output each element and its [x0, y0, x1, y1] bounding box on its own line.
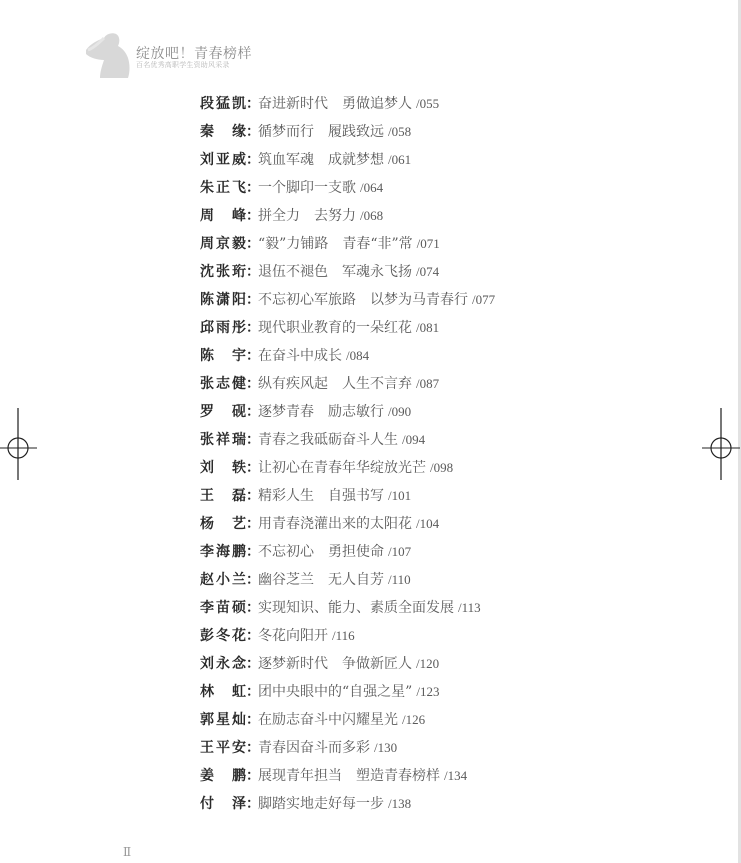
- toc-author: 张祥瑞: [200, 430, 246, 450]
- toc-author: 罗砚: [200, 402, 246, 422]
- toc-title: 不忘初心 勇担使命: [258, 542, 384, 562]
- toc-author: 王平安: [200, 738, 246, 758]
- toc-title: 一个脚印一支歌: [258, 178, 356, 198]
- toc-author: 彭冬花: [200, 626, 246, 646]
- toc-author: 沈张珩: [200, 262, 246, 282]
- toc-page-number: /107: [388, 542, 411, 562]
- toc-entry[interactable]: 刘亚威：筑血军魂 成就梦想/061: [200, 150, 495, 178]
- toc-entry[interactable]: 林虹：团中央眼中的“自强之星”/123: [200, 682, 495, 710]
- toc-page-number: /077: [472, 290, 495, 310]
- toc-author: 朱正飞: [200, 178, 246, 198]
- toc-title: 青春因奋斗而多彩: [258, 738, 370, 758]
- toc-author: 姜鹏: [200, 766, 246, 786]
- registration-mark-icon: [700, 404, 740, 484]
- toc-title: 循梦而行 履践致远: [258, 122, 384, 142]
- toc-entry[interactable]: 邱雨彤：现代职业教育的一朵红花/081: [200, 318, 495, 346]
- toc-author: 周峰: [200, 206, 246, 226]
- toc-page-number: /090: [388, 402, 411, 422]
- toc-author: 李海鹏: [200, 542, 246, 562]
- toc-author: 段猛凯: [200, 94, 246, 114]
- toc-entry[interactable]: 段猛凯：奋进新时代 勇做追梦人/055: [200, 94, 495, 122]
- toc-title: “毅”力铺路 青春“非”常: [258, 234, 413, 254]
- toc-page-number: /094: [402, 430, 425, 450]
- table-of-contents: 段猛凯：奋进新时代 勇做追梦人/055 秦缘：循梦而行 履践致远/058 刘亚威…: [200, 94, 495, 822]
- toc-entry[interactable]: 陈宇：在奋斗中成长/084: [200, 346, 495, 374]
- toc-title: 团中央眼中的“自强之星”: [258, 682, 412, 702]
- saluting-figure-icon: [82, 30, 137, 78]
- toc-title: 精彩人生 自强书写: [258, 486, 384, 506]
- page-number: Ⅱ: [123, 845, 131, 860]
- toc-author: 邱雨彤: [200, 318, 246, 338]
- toc-entry[interactable]: 李海鹏：不忘初心 勇担使命/107: [200, 542, 495, 570]
- toc-entry[interactable]: 李苗硕：实现知识、能力、素质全面发展/113: [200, 598, 495, 626]
- toc-entry[interactable]: 彭冬花：冬花向阳开/116: [200, 626, 495, 654]
- toc-page-number: /138: [388, 794, 411, 814]
- toc-author: 秦缘: [200, 122, 246, 142]
- toc-title: 展现青年担当 塑造青春榜样: [258, 766, 440, 786]
- toc-entry[interactable]: 朱正飞：一个脚印一支歌/064: [200, 178, 495, 206]
- toc-title: 纵有疾风起 人生不言弃: [258, 374, 412, 394]
- toc-author: 李苗硕: [200, 598, 246, 618]
- toc-page-number: /055: [416, 94, 439, 114]
- toc-page-number: /130: [374, 738, 397, 758]
- toc-page-number: /113: [458, 598, 481, 618]
- toc-entry[interactable]: 张志健：纵有疾风起 人生不言弃/087: [200, 374, 495, 402]
- toc-author: 刘轶: [200, 458, 246, 478]
- toc-page-number: /064: [360, 178, 383, 198]
- toc-page-number: /081: [416, 318, 439, 338]
- toc-title: 现代职业教育的一朵红花: [258, 318, 412, 338]
- toc-title: 奋进新时代 勇做追梦人: [258, 94, 412, 114]
- toc-author: 周京毅: [200, 234, 246, 254]
- toc-page-number: /101: [388, 486, 411, 506]
- toc-author: 杨艺: [200, 514, 246, 534]
- toc-title: 筑血军魂 成就梦想: [258, 150, 384, 170]
- toc-title: 逐梦青春 励志敏行: [258, 402, 384, 422]
- toc-author: 陈宇: [200, 346, 246, 366]
- toc-entry[interactable]: 赵小兰：幽谷芝兰 无人自芳/110: [200, 570, 495, 598]
- toc-author: 刘亚威: [200, 150, 246, 170]
- toc-entry[interactable]: 周京毅：“毅”力铺路 青春“非”常/071: [200, 234, 495, 262]
- toc-author: 刘永念: [200, 654, 246, 674]
- toc-title: 幽谷芝兰 无人自芳: [258, 570, 384, 590]
- toc-page-number: /084: [346, 346, 369, 366]
- toc-entry[interactable]: 郭星灿：在励志奋斗中闪耀星光/126: [200, 710, 495, 738]
- toc-entry[interactable]: 张祥瑞：青春之我砥砺奋斗人生/094: [200, 430, 495, 458]
- toc-page-number: /104: [416, 514, 439, 534]
- toc-page-number: /058: [388, 122, 411, 142]
- toc-page-number: /110: [388, 570, 411, 590]
- toc-title: 脚踏实地走好每一步: [258, 794, 384, 814]
- toc-author: 张志健: [200, 374, 246, 394]
- toc-entry[interactable]: 付泽：脚踏实地走好每一步/138: [200, 794, 495, 822]
- toc-entry[interactable]: 王磊：精彩人生 自强书写/101: [200, 486, 495, 514]
- toc-author: 郭星灿: [200, 710, 246, 730]
- toc-page-number: /074: [416, 262, 439, 282]
- toc-entry[interactable]: 罗砚：逐梦青春 励志敏行/090: [200, 402, 495, 430]
- toc-entry[interactable]: 陈潇阳：不忘初心军旅路 以梦为马青春行/077: [200, 290, 495, 318]
- toc-page-number: /116: [332, 626, 355, 646]
- toc-entry[interactable]: 王平安：青春因奋斗而多彩/130: [200, 738, 495, 766]
- toc-entry[interactable]: 刘轶：让初心在青春年华绽放光芒/098: [200, 458, 495, 486]
- toc-page-number: /123: [416, 682, 439, 702]
- toc-author: 付泽: [200, 794, 246, 814]
- toc-title: 实现知识、能力、素质全面发展: [258, 598, 454, 618]
- toc-title: 用青春浇灌出来的太阳花: [258, 514, 412, 534]
- toc-page-number: /126: [402, 710, 425, 730]
- toc-page-number: /068: [360, 206, 383, 226]
- toc-entry[interactable]: 沈张珩：退伍不褪色 军魂永飞扬/074: [200, 262, 495, 290]
- toc-title: 青春之我砥砺奋斗人生: [258, 430, 398, 450]
- toc-page-number: /098: [430, 458, 453, 478]
- toc-title: 冬花向阳开: [258, 626, 328, 646]
- toc-entry[interactable]: 姜鹏：展现青年担当 塑造青春榜样/134: [200, 766, 495, 794]
- toc-page-number: /134: [444, 766, 467, 786]
- toc-title: 逐梦新时代 争做新匠人: [258, 654, 412, 674]
- toc-title: 在奋斗中成长: [258, 346, 342, 366]
- toc-entry[interactable]: 秦缘：循梦而行 履践致远/058: [200, 122, 495, 150]
- toc-title: 退伍不褪色 军魂永飞扬: [258, 262, 412, 282]
- toc-page-number: /061: [388, 150, 411, 170]
- toc-entry[interactable]: 杨艺：用青春浇灌出来的太阳花/104: [200, 514, 495, 542]
- toc-title: 不忘初心军旅路 以梦为马青春行: [258, 290, 468, 310]
- toc-author: 赵小兰: [200, 570, 246, 590]
- toc-page-number: /087: [416, 374, 439, 394]
- toc-page-number: /120: [416, 654, 439, 674]
- toc-author: 王磊: [200, 486, 246, 506]
- registration-mark-icon: [0, 404, 40, 484]
- toc-title: 让初心在青春年华绽放光芒: [258, 458, 426, 478]
- running-header: 绽放吧！青春榜样 百名优秀高职学生资助风采录: [82, 30, 262, 80]
- toc-title: 在励志奋斗中闪耀星光: [258, 710, 398, 730]
- toc-author: 陈潇阳: [200, 290, 246, 310]
- toc-author: 林虹: [200, 682, 246, 702]
- toc-entry[interactable]: 周峰：拼全力 去努力/068: [200, 206, 495, 234]
- toc-title: 拼全力 去努力: [258, 206, 356, 226]
- toc-page-number: /071: [417, 234, 440, 254]
- book-subtitle: 百名优秀高职学生资助风采录: [136, 60, 230, 70]
- toc-entry[interactable]: 刘永念：逐梦新时代 争做新匠人/120: [200, 654, 495, 682]
